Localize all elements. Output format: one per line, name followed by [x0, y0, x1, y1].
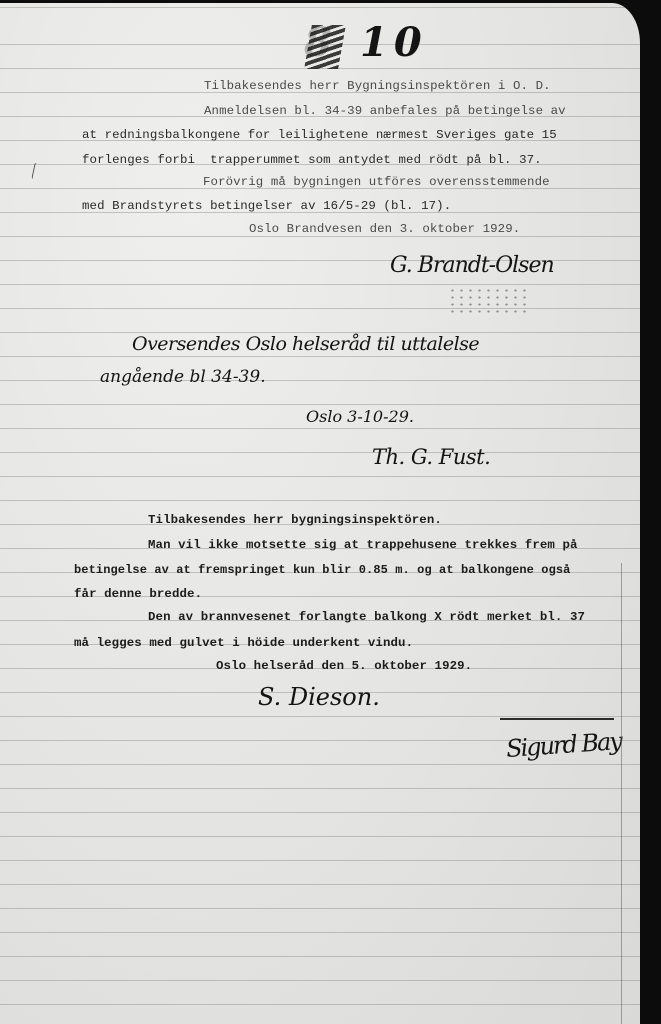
- fire-dept-line-5: Forövrig må bygningen utföres overensste…: [203, 175, 550, 189]
- signature-rule: [500, 718, 614, 720]
- health-line-5: Den av brannvesenet forlangte balkong X …: [148, 610, 585, 624]
- fire-dept-place-date: Oslo Brandvesen den 3. oktober 1929.: [249, 222, 520, 236]
- old-page-number: 8: [304, 19, 338, 66]
- fire-dept-line-4: forlenges forbi trapperummet som antydet…: [82, 153, 542, 167]
- handwritten-note-line-1: Oversendes Oslo helseråd til uttalelse: [132, 333, 479, 355]
- fire-dept-line-1: Tilbakesendes herr Bygningsinspektören i…: [204, 79, 551, 93]
- handwritten-signature: Th. G. Fust.: [372, 445, 490, 469]
- fire-dept-signature: G. Brandt-Olsen: [390, 253, 554, 278]
- health-signature-left: S. Dieson.: [258, 683, 380, 711]
- stamp-speckles: [448, 287, 528, 315]
- fire-dept-line-2: Anmeldelsen bl. 34-39 anbefales på betin…: [204, 104, 566, 118]
- health-signature-right: Sigurd Bay: [505, 727, 622, 763]
- handwritten-place-date: Oslo 3-10-29.: [306, 407, 414, 426]
- document-page: 8 10 Tilbakesendes herr Bygningsinspektö…: [0, 3, 640, 1024]
- fire-dept-line-3: at redningsbalkongene for leilighetene n…: [82, 128, 557, 142]
- page-number: 10: [360, 19, 428, 66]
- health-line-1: Tilbakesendes herr bygningsinspektören.: [148, 513, 442, 527]
- health-line-6: må legges med gulvet i höide underkent v…: [74, 636, 413, 650]
- health-place-date: Oslo helseråd den 5. oktober 1929.: [216, 659, 472, 673]
- margin-mark: [31, 163, 38, 179]
- health-line-3: betingelse av at fremspringet kun blir 0…: [74, 563, 570, 577]
- handwritten-note-line-2: angående bl 34-39.: [100, 367, 266, 387]
- fire-dept-line-6: med Brandstyrets betingelser av 16/5-29 …: [82, 199, 451, 213]
- health-line-2: Man vil ikke motsette sig at trappehusen…: [148, 538, 578, 552]
- health-line-4: får denne bredde.: [74, 587, 202, 601]
